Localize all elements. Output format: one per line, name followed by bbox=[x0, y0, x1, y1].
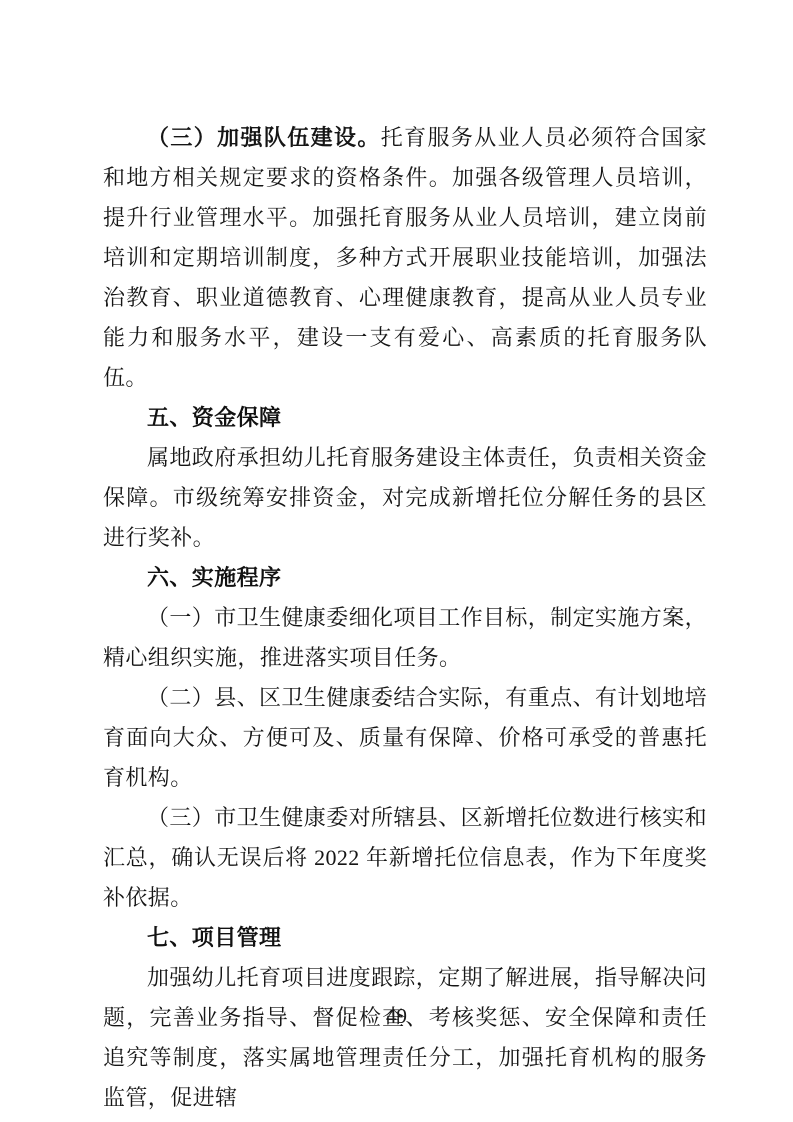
document-page: （三）加强队伍建设。托育服务从业人员必须符合国家和地方相关规定要求的资格条件。加… bbox=[0, 0, 793, 1122]
paragraph-procedure-2: （二）县、区卫生健康委结合实际，有重点、有计划地培育面向大众、方便可及、质量有保… bbox=[103, 678, 707, 798]
page-number: 49 bbox=[0, 1000, 793, 1032]
heading-section-7-management: 七、项目管理 bbox=[103, 918, 707, 958]
paragraph-team-building: （三）加强队伍建设。托育服务从业人员必须符合国家和地方相关规定要求的资格条件。加… bbox=[103, 118, 707, 398]
paragraph-procedure-1: （一）市卫生健康委细化项目工作目标，制定实施方案，精心组织实施，推进落实项目任务… bbox=[103, 598, 707, 678]
paragraph-bold-lead: （三）加强队伍建设。 bbox=[147, 125, 381, 150]
paragraph-procedure-3: （三）市卫生健康委对所辖县、区新增托位数进行核实和汇总，确认无误后将 2022 … bbox=[103, 798, 707, 918]
paragraph-text: 托育服务从业人员必须符合国家和地方相关规定要求的资格条件。加强各级管理人员培训，… bbox=[103, 125, 707, 390]
heading-section-6-procedure: 六、实施程序 bbox=[103, 558, 707, 598]
paragraph-management: 加强幼儿托育项目进度跟踪，定期了解进展，指导解决问题，完善业务指导、督促检查、考… bbox=[103, 958, 707, 1118]
document-body: （三）加强队伍建设。托育服务从业人员必须符合国家和地方相关规定要求的资格条件。加… bbox=[103, 118, 707, 1118]
paragraph-funding: 属地政府承担幼儿托育服务建设主体责任，负责相关资金保障。市级统筹安排资金，对完成… bbox=[103, 438, 707, 558]
heading-section-5-funding: 五、资金保障 bbox=[103, 398, 707, 438]
